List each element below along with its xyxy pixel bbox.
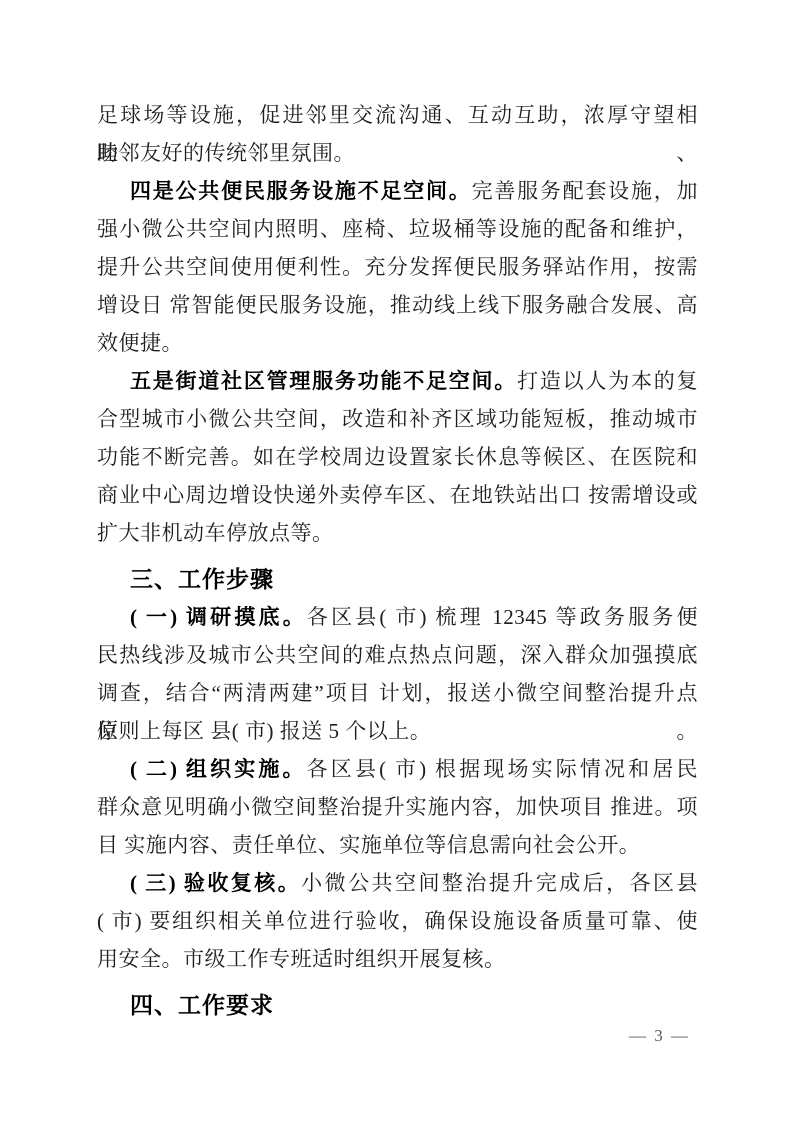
text-line: 强小微公共空间内照明、座椅、垃圾桶等设施的配备和维护， (97, 210, 698, 248)
text-line: 商业中心周边增设快递外卖停车区、在地铁站出口 按需增设或 (97, 476, 698, 514)
text-line: 增设日 常智能便民服务设施，推动线上线下服务融合发展、高 (97, 286, 698, 324)
text-line: 四是公共便民服务设施不足空间。完善服务配套设施，加 (97, 172, 698, 210)
text-line: 五是街道社区管理服务功能不足空间。打造以人为本的复 (97, 362, 698, 400)
text-line: ( 三) 验收复核。小微公共空间整治提升完成后，各区县 (97, 864, 698, 902)
heading-text: 四、工作要求 (130, 992, 274, 1018)
document-page: 足球场等设施，促进邻里交流沟通、互动互助，浓厚守望相助、睦邻友好的传统邻里氛围。… (0, 0, 793, 1122)
body-text: 增设日 常智能便民服务设施，推动线上线下服务融合发展、高 (97, 293, 698, 317)
body-text: 强小微公共空间内照明、座椅、垃圾桶等设施的配备和维护， (97, 217, 698, 241)
emphasis-text: ( 三) 验收复核。 (130, 871, 301, 895)
heading-text: 三、工作步骤 (130, 566, 274, 592)
body-text: 打造以人为本的复 (517, 369, 698, 393)
text-line: 扩大非机动车停放点等。 (97, 514, 698, 552)
text-line: ( 二) 组织实施。各区县( 市) 根据现场实际情况和居民 (97, 750, 698, 788)
body-text: 民热线涉及城市公共空间的难点热点问题，深入群众加强摸底 (97, 643, 698, 667)
text-line: 提升公共空间使用便利性。充分发挥便民服务驿站作用，按需 (97, 248, 698, 286)
text-line: 足球场等设施，促进邻里交流沟通、互动互助，浓厚守望相助、 (97, 96, 698, 134)
text-line: 功能不断完善。如在学校周边设置家长休息等候区、在医院和 (97, 438, 698, 476)
text-line: 群众意见明确小微空间整治提升实施内容，加快项目 推进。项 (97, 788, 698, 826)
text-line: 合型城市小微公共空间，改造和补齐区域功能短板，推动城市 (97, 400, 698, 438)
text-line: 民热线涉及城市公共空间的难点热点问题，深入群众加强摸底 (97, 636, 698, 674)
body-text: 提升公共空间使用便利性。充分发挥便民服务驿站作用，按需 (97, 255, 698, 279)
body-text: 效便捷。 (97, 331, 183, 355)
body-text: 商业中心周边增设快递外卖停车区、在地铁站出口 按需增设或 (97, 483, 698, 507)
text-line: 目 实施内容、责任单位、实施单位等信息需向社会公开。 (97, 826, 698, 864)
body-text: 目 实施内容、责任单位、实施单位等信息需向社会公开。 (97, 833, 640, 857)
body-text: 睦邻友好的传统邻里氛围。 (97, 141, 355, 165)
body-text: 各区县( 市) 梳理 12345 等政务服务便 (307, 605, 698, 629)
section-heading: 四、工作要求 (97, 986, 698, 1024)
body-text: 原则上每区 县( 市) 报送 5 个以上。 (97, 719, 431, 743)
body-text: 各区县( 市) 根据现场实际情况和居民 (307, 757, 698, 781)
text-line: 调查，结合“两清两建”项目 计划，报送小微空间整治提升点位。 (97, 674, 698, 712)
page-number: — 3 — (97, 1024, 698, 1048)
text-line: ( 市) 要组织相关单位进行验收，确保设施设备质量可靠、使 (97, 902, 698, 940)
text-block: 足球场等设施，促进邻里交流沟通、互动互助，浓厚守望相助、睦邻友好的传统邻里氛围。… (97, 96, 698, 1024)
body-text: 用安全。市级工作专班适时组织开展复核。 (97, 947, 506, 971)
text-line: ( 一) 调研摸底。各区县( 市) 梳理 12345 等政务服务便 (97, 598, 698, 636)
emphasis-text: ( 一) 调研摸底。 (130, 605, 307, 629)
body-text: ( 市) 要组织相关单位进行验收，确保设施设备质量可靠、使 (97, 909, 698, 933)
text-line: 用安全。市级工作专班适时组织开展复核。 (97, 940, 698, 978)
body-text: 功能不断完善。如在学校周边设置家长休息等候区、在医院和 (97, 445, 698, 469)
body-text: 完善服务配套设施，加 (472, 179, 698, 203)
emphasis-text: ( 二) 组织实施。 (130, 757, 307, 781)
body-text: 扩大非机动车停放点等。 (97, 521, 334, 545)
emphasis-text: 五是街道社区管理服务功能不足空间。 (130, 369, 517, 393)
text-line: 效便捷。 (97, 324, 698, 362)
body-text: 群众意见明确小微空间整治提升实施内容，加快项目 推进。项 (97, 795, 698, 819)
body-text: 合型城市小微公共空间，改造和补齐区域功能短板，推动城市 (97, 407, 698, 431)
body-text: 小微公共空间整治提升完成后，各区县 (301, 871, 698, 895)
emphasis-text: 四是公共便民服务设施不足空间。 (130, 179, 472, 203)
section-heading: 三、工作步骤 (97, 560, 698, 598)
